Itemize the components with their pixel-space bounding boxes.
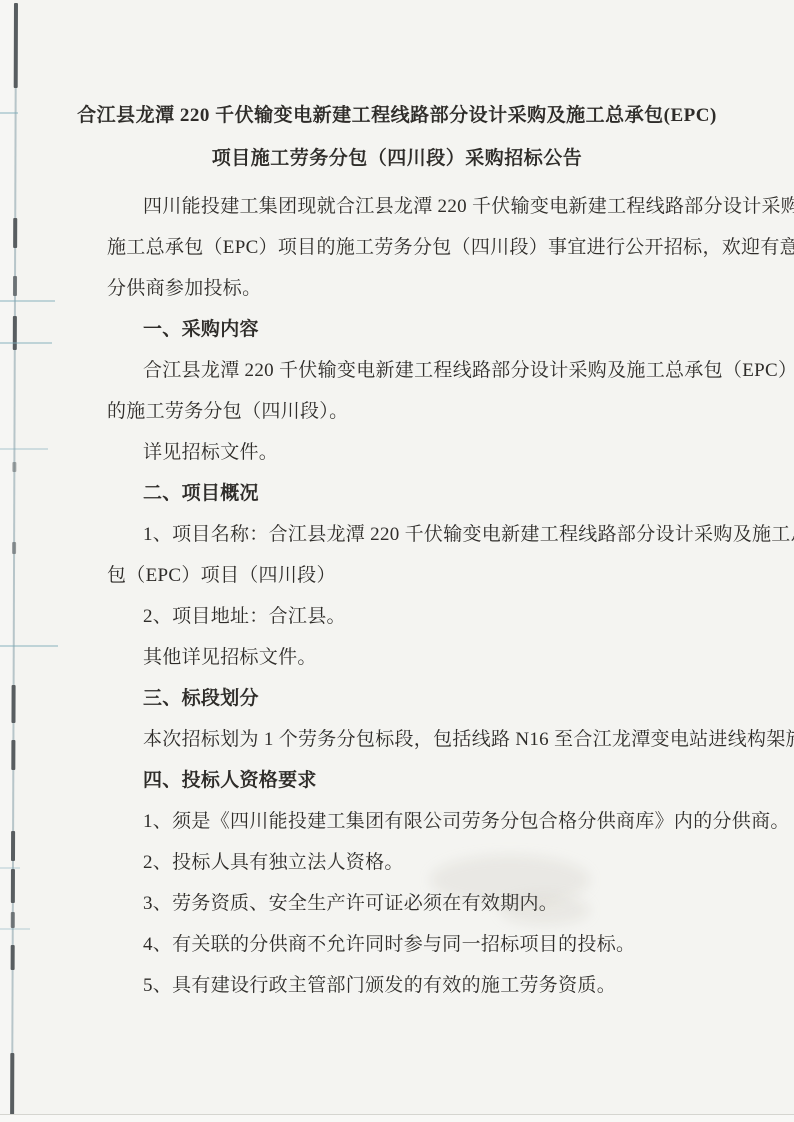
paragraph-line: 包（EPC）项目（四川段） <box>107 555 794 596</box>
paragraph-line: 2、投标人具有独立法人资格。 <box>107 842 794 883</box>
paragraph-line: 4、有关联的分供商不允许同时参与同一招标项目的投标。 <box>107 924 794 965</box>
document-content: 合江县龙潭 220 千伏输变电新建工程线路部分设计采购及施工总承包(EPC) 项… <box>0 94 794 1006</box>
scanned-document-page: 合江县龙潭 220 千伏输变电新建工程线路部分设计采购及施工总承包(EPC) 项… <box>0 0 794 1122</box>
paragraph-line: 1、须是《四川能投建工集团有限公司劳务分包合格分供商库》内的分供商。 <box>107 801 794 842</box>
paragraph-line: 本次招标划为 1 个劳务分包标段，包括线路 N16 至合江龙潭变电站进线构架施工… <box>107 719 794 760</box>
paragraph-line: 四川能投建工集团现就合江县龙潭 220 千伏输变电新建工程线路部分设计采购及 <box>107 186 794 227</box>
document-body: 四川能投建工集团现就合江县龙潭 220 千伏输变电新建工程线路部分设计采购及 施… <box>0 186 794 1006</box>
section-heading-procurement-content: 一、采购内容 <box>107 309 794 350</box>
paragraph-line: 的施工劳务分包（四川段）。 <box>107 391 794 432</box>
section-heading-project-overview: 二、项目概况 <box>107 473 794 514</box>
paragraph-line: 2、项目地址：合江县。 <box>107 596 794 637</box>
paragraph-line: 施工总承包（EPC）项目的施工劳务分包（四川段）事宜进行公开招标，欢迎有意向的 <box>107 227 794 268</box>
section-heading-bidder-qualifications: 四、投标人资格要求 <box>107 760 794 801</box>
paragraph-line: 其他详见招标文件。 <box>107 637 794 678</box>
page-bottom-strip <box>0 1115 794 1122</box>
scan-binding-mark <box>10 1053 14 1119</box>
paragraph-line: 合江县龙潭 220 千伏输变电新建工程线路部分设计采购及施工总承包（EPC）项目 <box>107 350 794 391</box>
scan-binding-mark <box>13 3 17 88</box>
document-title: 合江县龙潭 220 千伏输变电新建工程线路部分设计采购及施工总承包(EPC) 项… <box>0 94 794 180</box>
paragraph-line: 详见招标文件。 <box>107 432 794 473</box>
section-heading-bid-sections: 三、标段划分 <box>107 678 794 719</box>
paragraph-line: 5、具有建设行政主管部门颁发的有效的施工劳务资质。 <box>107 965 794 1006</box>
paragraph-line: 3、劳务资质、安全生产许可证必须在有效期内。 <box>107 883 794 924</box>
paragraph-line: 1、项目名称：合江县龙潭 220 千伏输变电新建工程线路部分设计采购及施工总承 <box>107 514 794 555</box>
document-title-line-1: 合江县龙潭 220 千伏输变电新建工程线路部分设计采购及施工总承包(EPC) <box>0 94 794 137</box>
document-title-line-2: 项目施工劳务分包（四川段）采购招标公告 <box>0 137 794 180</box>
paragraph-line: 分供商参加投标。 <box>107 268 794 309</box>
